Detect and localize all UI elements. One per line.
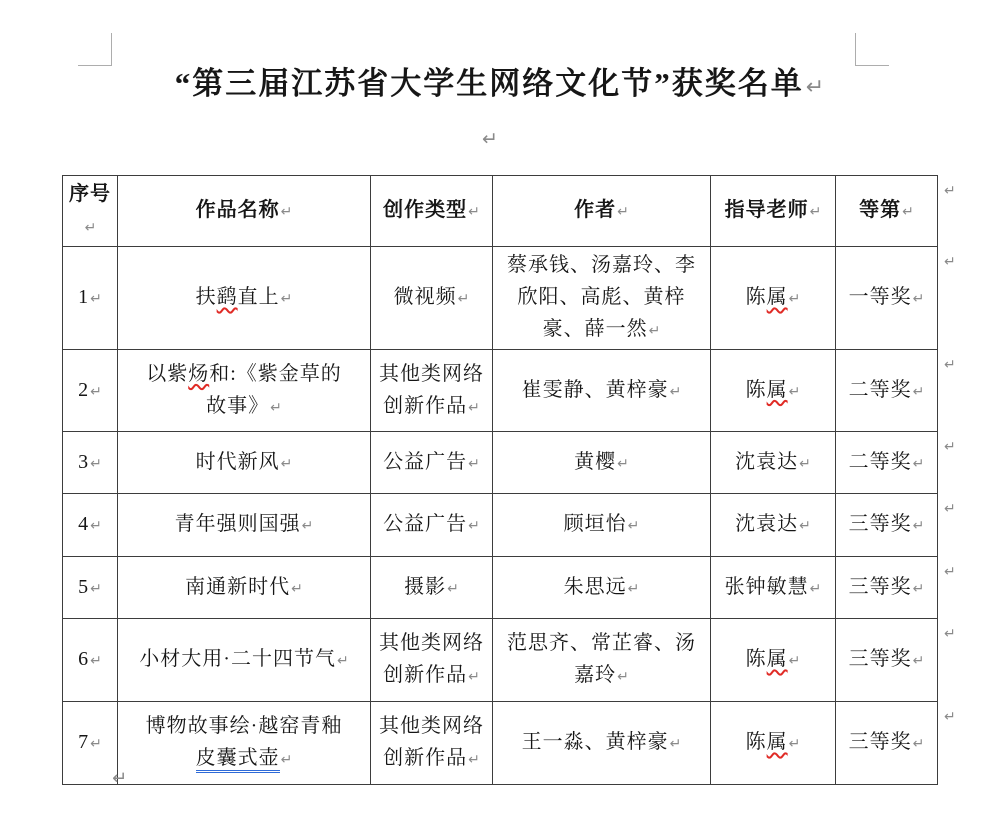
paragraph-mark-icon: ↵ [789,653,801,669]
cell-text: 微视频 [394,286,457,308]
paragraph-mark-icon: ↵ [913,653,925,669]
cell-text: 公益广告 [383,513,467,535]
column-header-6[interactable]: 等第↵ [836,176,938,247]
cell-text: 故事》 [206,395,269,417]
paragraph-mark-icon: ↵ [913,384,925,400]
paragraph-mark-icon: ↵ [447,581,459,597]
paragraph-mark-icon: ↵ [281,752,293,768]
empty-paragraph: ↵ [0,128,980,151]
header-text: 作者 [574,199,616,221]
paragraph-mark-icon: ↵ [482,128,498,150]
paragraph-mark-icon: ↵ [281,204,293,220]
table-cell[interactable]: 范思齐、常芷睿、汤嘉玲↵ [493,619,711,702]
header-text: 序号 [69,183,111,205]
cell-text: 其他类网络 [379,363,484,385]
paragraph-mark-icon: ↵ [468,456,480,472]
table-cell[interactable]: 二等奖↵ [836,432,938,494]
table-cell[interactable]: 青年强则国强↵ [118,494,371,557]
paragraph-mark-icon: ↵ [468,518,480,534]
table-cell[interactable]: 黄樱↵ [493,432,711,494]
table-cell[interactable]: 摄影↵ [371,557,493,619]
cell-text: 创新作品 [383,747,467,769]
paragraph-mark-icon: ↵ [789,384,801,400]
cell-text: 陈 [746,379,767,401]
spell-error-text: 属 [767,731,788,753]
table-cell[interactable]: 博物故事绘·越窑青釉皮囊式壶↵ [118,702,371,785]
table-row: 7↵博物故事绘·越窑青釉皮囊式壶↵其他类网络创新作品↵王一淼、黄梓豪↵陈属↵三等… [63,702,938,785]
table-cell[interactable]: 5↵ [63,557,118,619]
header-text: 指导老师 [725,199,809,221]
paragraph-mark-icon: ↵ [112,768,127,789]
table-cell[interactable]: 6↵ [63,619,118,702]
paragraph-mark-icon: ↵ [281,291,293,307]
paragraph-mark-icon: ↵ [670,384,682,400]
table-cell[interactable]: 陈属↵ [711,619,836,702]
cell-text: 创新作品 [383,395,467,417]
cell-text: 1 [78,286,89,308]
cell-text: 南通新时代 [185,576,290,598]
paragraph-mark-icon: ↵ [90,456,102,472]
table-row: 6↵小材大用·二十四节气↵其他类网络创新作品↵范思齐、常芷睿、汤嘉玲↵陈属↵三等… [63,619,938,702]
paragraph-mark-icon: ↵ [799,518,811,534]
paragraph-mark-icon: ↵ [810,204,822,220]
document-page: “第三届江苏省大学生网络文化节”获奖名单↵ ↵ 序号↵作品名称↵创作类型↵作者↵… [0,0,999,825]
paragraph-mark-icon: ↵ [468,204,480,220]
document-title: “第三届江苏省大学生网络文化节”获奖名单↵ [0,58,999,103]
cell-text: 7 [78,731,89,753]
table-cell[interactable]: 南通新时代↵ [118,557,371,619]
cell-text: 直上 [238,286,280,308]
paragraph-mark-icon: ↵ [291,581,303,597]
cell-text: 和:《紫金草的 [209,363,342,385]
table-cell[interactable]: 二等奖↵ [836,350,938,432]
paragraph-mark-icon: ↵ [628,581,640,597]
table-cell[interactable]: 扶鹞直上↵ [118,247,371,350]
cell-text: 沈袁达 [735,513,798,535]
column-header-2[interactable]: 作品名称↵ [118,176,371,247]
cell-text: 王一淼、黄梓豪 [522,731,669,753]
grammar-check-text: 皮囊式壶 [196,747,280,773]
cell-text: 二等奖 [849,451,912,473]
table-cell[interactable]: 一等奖↵ [836,247,938,350]
cell-text: 小材大用·二十四节气 [139,648,336,670]
cell-text: 以紫 [146,363,188,385]
column-header-5[interactable]: 指导老师↵ [711,176,836,247]
paragraph-mark-icon: ↵ [913,736,925,752]
table-cell[interactable]: 陈属↵ [711,702,836,785]
end-of-row-mark-icon: ↵ [944,501,956,517]
paragraph-mark-icon: ↵ [902,204,914,220]
table-header-row: 序号↵作品名称↵创作类型↵作者↵指导老师↵等第↵ [63,176,938,247]
paragraph-mark-icon: ↵ [468,669,480,685]
cell-text: 蔡承钱、汤嘉玲、李 [507,254,696,276]
table-cell[interactable]: 1↵ [63,247,118,350]
paragraph-mark-icon: ↵ [90,384,102,400]
paragraph-mark-icon: ↵ [90,653,102,669]
table-cell[interactable]: 4↵ [63,494,118,557]
cell-text: 沈袁达 [735,451,798,473]
column-header-4[interactable]: 作者↵ [493,176,711,247]
table-cell[interactable]: 时代新风↵ [118,432,371,494]
paragraph-mark-icon: ↵ [799,456,811,472]
end-of-row-mark-icon: ↵ [944,183,956,199]
table-cell[interactable]: 其他类网络创新作品↵ [371,619,493,702]
paragraph-mark-icon: ↵ [468,752,480,768]
cell-text: 其他类网络 [379,715,484,737]
paragraph-mark-icon: ↵ [90,518,102,534]
cell-text: 二等奖 [849,379,912,401]
paragraph-mark-icon: ↵ [789,291,801,307]
cell-text: 陈 [746,286,767,308]
table-cell[interactable]: 其他类网络创新作品↵ [371,350,493,432]
cell-text: 摄影 [404,576,446,598]
table-cell[interactable]: 陈属↵ [711,350,836,432]
table-cell[interactable]: 2↵ [63,350,118,432]
table-cell[interactable]: 公益广告↵ [371,494,493,557]
table-cell[interactable]: 7↵ [63,702,118,785]
cell-text: 5 [78,576,89,598]
paragraph-mark-icon: ↵ [337,653,349,669]
cell-text: 博物故事绘·越窑青釉 [146,715,343,737]
cell-text: 时代新风 [196,451,280,473]
end-of-row-mark-icon: ↵ [944,626,956,642]
paragraph-mark-icon: ↵ [281,456,293,472]
paragraph-mark-icon: ↵ [458,291,470,307]
cell-text: 陈 [746,648,767,670]
table-row: 1↵扶鹞直上↵微视频↵蔡承钱、汤嘉玲、李欣阳、高彪、黄梓豪、薛一然↵陈属↵一等奖… [63,247,938,350]
table-cell[interactable]: 以紫炀和:《紫金草的故事》↵ [118,350,371,432]
table-cell[interactable]: 陈属↵ [711,247,836,350]
cell-text: 4 [78,513,89,535]
table-cell[interactable]: 三等奖↵ [836,494,938,557]
table-cell[interactable]: 王一淼、黄梓豪↵ [493,702,711,785]
column-header-3[interactable]: 创作类型↵ [371,176,493,247]
cell-text: 6 [78,648,89,670]
end-of-row-mark-icon: ↵ [944,709,956,725]
paragraph-mark-icon: ↵ [617,204,629,220]
table-cell[interactable]: 蔡承钱、汤嘉玲、李欣阳、高彪、黄梓豪、薛一然↵ [493,247,711,350]
paragraph-mark-icon: ↵ [468,400,480,416]
table-cell[interactable]: 沈袁达↵ [711,432,836,494]
cell-text: 扶 [196,286,217,308]
paragraph-mark-icon: ↵ [913,581,925,597]
awards-table: 序号↵作品名称↵创作类型↵作者↵指导老师↵等第↵ 1↵扶鹞直上↵微视频↵蔡承钱、… [62,175,938,785]
paragraph-mark-icon: ↵ [913,291,925,307]
cell-text: 2 [78,379,89,401]
spell-error-text: 属 [767,286,788,308]
table-cell[interactable]: 其他类网络创新作品↵ [371,702,493,785]
cell-text: 范思齐、常芷睿、汤 [507,632,696,654]
end-of-row-mark-icon: ↵ [944,564,956,580]
spell-error-text: 属 [767,648,788,670]
cell-text: 顾垣怡 [564,513,627,535]
cell-text: 三等奖 [849,576,912,598]
spell-error-text: 鹞 [217,286,238,308]
paragraph-mark-icon: ↵ [617,456,629,472]
table-cell[interactable]: 公益广告↵ [371,432,493,494]
cell-text: 创新作品 [383,664,467,686]
cell-text: 朱思远 [564,576,627,598]
paragraph-mark-icon: ↵ [270,400,282,416]
table-row: 4↵青年强则国强↵公益广告↵顾垣怡↵沈袁达↵三等奖↵ [63,494,938,557]
cell-text: 其他类网络 [379,632,484,654]
cell-text: 张钟敏慧 [725,576,809,598]
end-of-row-mark-icon: ↵ [944,254,956,270]
paragraph-mark-icon: ↵ [913,456,925,472]
paragraph-mark-icon: ↵ [90,291,102,307]
header-text: 创作类型 [383,199,467,221]
table-row: 2↵以紫炀和:《紫金草的故事》↵其他类网络创新作品↵崔雯静、黄梓豪↵陈属↵二等奖… [63,350,938,432]
table-cell[interactable]: 三等奖↵ [836,702,938,785]
table-row: 5↵南通新时代↵摄影↵朱思远↵张钟敏慧↵三等奖↵ [63,557,938,619]
end-of-row-mark-icon: ↵ [944,439,956,455]
table-cell[interactable]: 小材大用·二十四节气↵ [118,619,371,702]
cell-text: 一等奖 [849,286,912,308]
column-header-1[interactable]: 序号↵ [63,176,118,247]
table-cell[interactable]: 三等奖↵ [836,557,938,619]
table-cell[interactable]: 张钟敏慧↵ [711,557,836,619]
cell-text: 嘉玲 [574,664,616,686]
cell-text: 三等奖 [849,731,912,753]
paragraph-mark-icon: ↵ [913,518,925,534]
cell-text: 三等奖 [849,513,912,535]
paragraph-mark-icon: ↵ [628,518,640,534]
table-cell[interactable]: 三等奖↵ [836,619,938,702]
cell-text: 陈 [746,731,767,753]
paragraph-mark-icon: ↵ [810,581,822,597]
paragraph-mark-icon: ↵ [789,736,801,752]
paragraph-mark-icon: ↵ [670,736,682,752]
title-text: “第三届江苏省大学生网络文化节”获奖名单 [175,66,804,101]
cell-text: 欣阳、高彪、黄梓 [518,286,686,308]
paragraph-mark-icon: ↵ [617,669,629,685]
cell-text: 黄樱 [574,451,616,473]
cell-text: 崔雯静、黄梓豪 [522,379,669,401]
paragraph-mark-icon: ↵ [90,581,102,597]
cell-text: 三等奖 [849,648,912,670]
cell-text: 青年强则国强 [175,513,301,535]
header-text: 等第 [859,199,901,221]
table-cell[interactable]: 朱思远↵ [493,557,711,619]
paragraph-mark-icon: ↵ [90,736,102,752]
header-text: 作品名称 [196,199,280,221]
paragraph-mark-icon: ↵ [302,518,314,534]
paragraph-mark-icon: ↵ [85,220,97,236]
table-cell[interactable]: 崔雯静、黄梓豪↵ [493,350,711,432]
cell-text: 豪、薛一然 [543,318,648,340]
spell-error-text: 炀 [188,363,209,385]
table-cell[interactable]: 沈袁达↵ [711,494,836,557]
paragraph-mark-icon: ↵ [649,323,661,339]
table-row: 3↵时代新风↵公益广告↵黄樱↵沈袁达↵二等奖↵ [63,432,938,494]
cell-text: 公益广告 [383,451,467,473]
table-cell[interactable]: 3↵ [63,432,118,494]
end-of-row-mark-icon: ↵ [944,357,956,373]
cell-text: 3 [78,451,89,473]
paragraph-mark-icon: ↵ [806,75,824,100]
table-cell[interactable]: 微视频↵ [371,247,493,350]
table-cell[interactable]: 顾垣怡↵ [493,494,711,557]
spell-error-text: 属 [767,379,788,401]
